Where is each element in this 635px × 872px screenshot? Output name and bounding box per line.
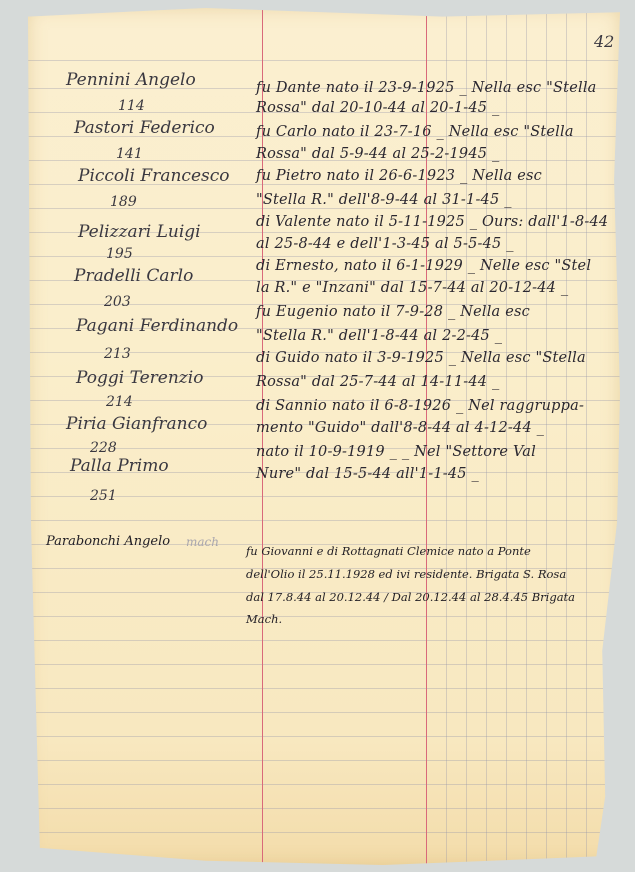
ruled-line <box>28 832 620 833</box>
addendum-detail: dell'Olio il 25.11.1928 ed ivi residente… <box>246 567 566 581</box>
entry-name: Piccoli Francesco <box>78 166 230 186</box>
ruled-line <box>28 60 620 61</box>
entry-detail: fu Eugenio nato il 7-9-28 _ Nella esc <box>256 304 530 320</box>
addendum-note: mach <box>186 535 219 549</box>
entry-detail: di Sannio nato il 6-8-1926 _ Nel raggrup… <box>256 398 584 414</box>
entry-detail: di Valente nato il 5-11-1925 _ Ours: dal… <box>256 214 608 230</box>
entry-name: Pelizzari Luigi <box>78 222 201 242</box>
entry-number-last: 251 <box>90 488 117 504</box>
ruled-line <box>28 736 620 737</box>
ruled-line <box>28 688 620 689</box>
addendum-detail: fu Giovanni e di Rottagnati Clemice nato… <box>246 544 531 558</box>
entry-detail: "Stella R." dell'1-8-44 al 2-2-45 _ <box>256 328 502 344</box>
grid-line <box>586 8 587 865</box>
entry-detail: nato il 10-9-1919 _ _ Nel "Settore Val <box>256 444 536 460</box>
entry-detail: al 25-8-44 e dell'1-3-45 al 5-5-45 _ <box>256 236 514 252</box>
entry-name: Pagani Ferdinando <box>76 316 238 336</box>
addendum-detail: Mach. <box>246 612 282 626</box>
entry-number: 195 <box>106 246 133 262</box>
entry-detail: Nure" dal 15-5-44 all'1-1-45 _ <box>256 466 479 482</box>
entry-number: 141 <box>116 146 143 162</box>
ruled-line <box>28 520 620 521</box>
entry-name: Piria Gianfranco <box>66 414 207 434</box>
entry-detail: mento "Guido" dall'8-8-44 al 4-12-44 _ <box>256 420 544 436</box>
ruled-line <box>28 640 620 641</box>
entry-name: Pastori Federico <box>74 118 215 138</box>
entry-detail: Rossa" dal 25-7-44 al 14-11-44 _ <box>256 374 499 390</box>
entry-detail: la R." e "Inzani" dal 15-7-44 al 20-12-4… <box>256 280 568 296</box>
entry-detail: di Guido nato il 3-9-1925 _ Nella esc "S… <box>256 350 586 366</box>
entry-detail: fu Pietro nato il 26-6-1923 _ Nella esc <box>256 168 542 184</box>
ruled-line <box>28 784 620 785</box>
entry-number: 213 <box>104 346 131 362</box>
ruled-line <box>28 664 620 665</box>
entry-detail: "Stella R." dell'8-9-44 al 31-1-45 _ <box>256 192 512 208</box>
entry-name: Poggi Terenzio <box>76 368 203 388</box>
entry-detail: Rossa" dal 5-9-44 al 25-2-1945 _ <box>256 146 499 162</box>
entry-name: Palla Primo <box>70 456 169 476</box>
addendum-name: Parabonchi Angelo <box>46 534 170 549</box>
entry-detail: Rossa" dal 20-10-44 al 20-1-45 _ <box>256 100 499 116</box>
ruled-line <box>28 712 620 713</box>
ruled-line <box>28 616 620 617</box>
entry-number: 114 <box>118 98 145 114</box>
entry-name: Pennini Angelo <box>66 70 196 90</box>
entry-number: 228 <box>90 440 117 456</box>
entry-number: 189 <box>110 194 137 210</box>
addendum-detail: dal 17.8.44 al 20.12.44 / Dal 20.12.44 a… <box>246 590 575 604</box>
entry-detail: fu Dante nato il 23-9-1925 _ Nella esc "… <box>256 80 597 96</box>
entry-number: 214 <box>106 394 133 410</box>
entry-detail: fu Carlo nato il 23-7-16 _ Nella esc "St… <box>256 124 574 140</box>
ruled-line <box>28 760 620 761</box>
entry-name: Pradelli Carlo <box>74 266 193 286</box>
ruled-line <box>28 808 620 809</box>
entry-detail: di Ernesto, nato il 6-1-1929 _ Nelle esc… <box>256 258 591 274</box>
page-number: 42 <box>594 32 614 51</box>
entry-number: 203 <box>104 294 131 310</box>
